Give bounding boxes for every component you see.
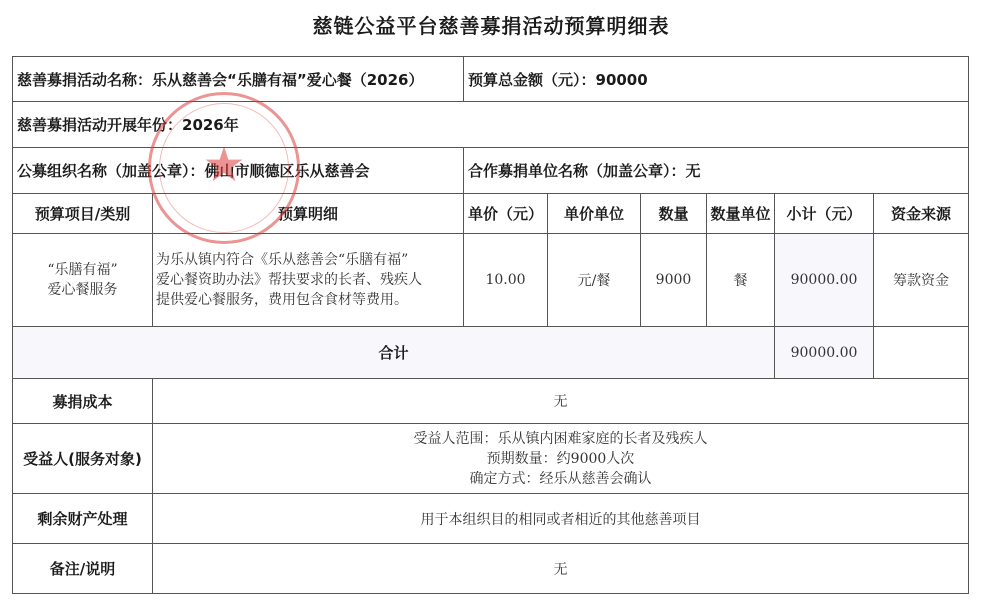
beneficiary-value: 受益人范围：乐从镇内困难家庭的长者及残疾人 预期数量：约9000人次 确定方式：… [152, 423, 969, 494]
header-detail: 预算明细 [152, 193, 464, 234]
beneficiary-label: 受益人(服务对象) [12, 423, 153, 494]
total-empty-cell [873, 326, 969, 379]
beneficiary-method: 确定方式：经乐从慈善会确认 [470, 469, 652, 489]
row-price-unit: 元/餐 [547, 233, 641, 327]
header-unit-price: 单价（元） [463, 193, 548, 234]
row-quantity-unit: 餐 [706, 233, 775, 327]
detail-line-2: 爱心餐资助办法》帮扶要求的长者、残疾人 [156, 270, 422, 290]
total-value: 90000.00 [774, 326, 874, 379]
header-quantity-unit: 数量单位 [706, 193, 775, 234]
remarks-value: 无 [152, 543, 969, 594]
total-label: 合计 [12, 326, 775, 379]
page-title: 慈链公益平台慈善募捐活动预算明细表 [0, 10, 982, 39]
beneficiary-scope: 受益人范围：乐从镇内困难家庭的长者及残疾人 [414, 429, 708, 449]
row-subtotal: 90000.00 [774, 233, 874, 327]
org-name-cell: 公募组织名称（加盖公章）：佛山市顺德区乐从慈善会 [12, 147, 464, 194]
category-line-2: 爱心餐服务 [48, 280, 118, 300]
row-detail: 为乐从镇内符合《乐从慈善会“乐膳有福” 爱心餐资助办法》帮扶要求的长者、残疾人 … [152, 233, 464, 327]
header-price-unit: 单价单位 [547, 193, 641, 234]
row-unit-price: 10.00 [463, 233, 548, 327]
partner-name-cell: 合作募捐单位名称（加盖公章）：无 [463, 147, 969, 194]
remarks-label: 备注/说明 [12, 543, 153, 594]
surplus-label: 剩余财产处理 [12, 493, 153, 544]
fundraising-cost-label: 募捐成本 [12, 378, 153, 424]
header-category: 预算项目/类别 [12, 193, 153, 234]
header-quantity: 数量 [640, 193, 707, 234]
row-category: “乐膳有福” 爱心餐服务 [12, 233, 153, 327]
row-fund-source: 筹款资金 [873, 233, 969, 327]
fundraising-cost-value: 无 [152, 378, 969, 424]
beneficiary-count: 预期数量：约9000人次 [487, 449, 635, 469]
detail-line-1: 为乐从镇内符合《乐从慈善会“乐膳有福” [156, 250, 408, 270]
activity-year-cell: 慈善募捐活动开展年份：2026年 [12, 101, 969, 148]
detail-line-3: 提供爱心餐服务，费用包含食材等费用。 [156, 290, 408, 310]
activity-name-cell: 慈善募捐活动名称：乐从慈善会“乐膳有福”爱心餐（2026） [12, 56, 464, 102]
header-subtotal: 小计（元） [774, 193, 874, 234]
budget-total-cell: 预算总金额（元）：90000 [463, 56, 969, 102]
header-fund-source: 资金来源 [873, 193, 969, 234]
row-quantity: 9000 [640, 233, 707, 327]
surplus-value: 用于本组织目的相同或者相近的其他慈善项目 [152, 493, 969, 544]
category-line-1: “乐膳有福” [47, 260, 117, 280]
